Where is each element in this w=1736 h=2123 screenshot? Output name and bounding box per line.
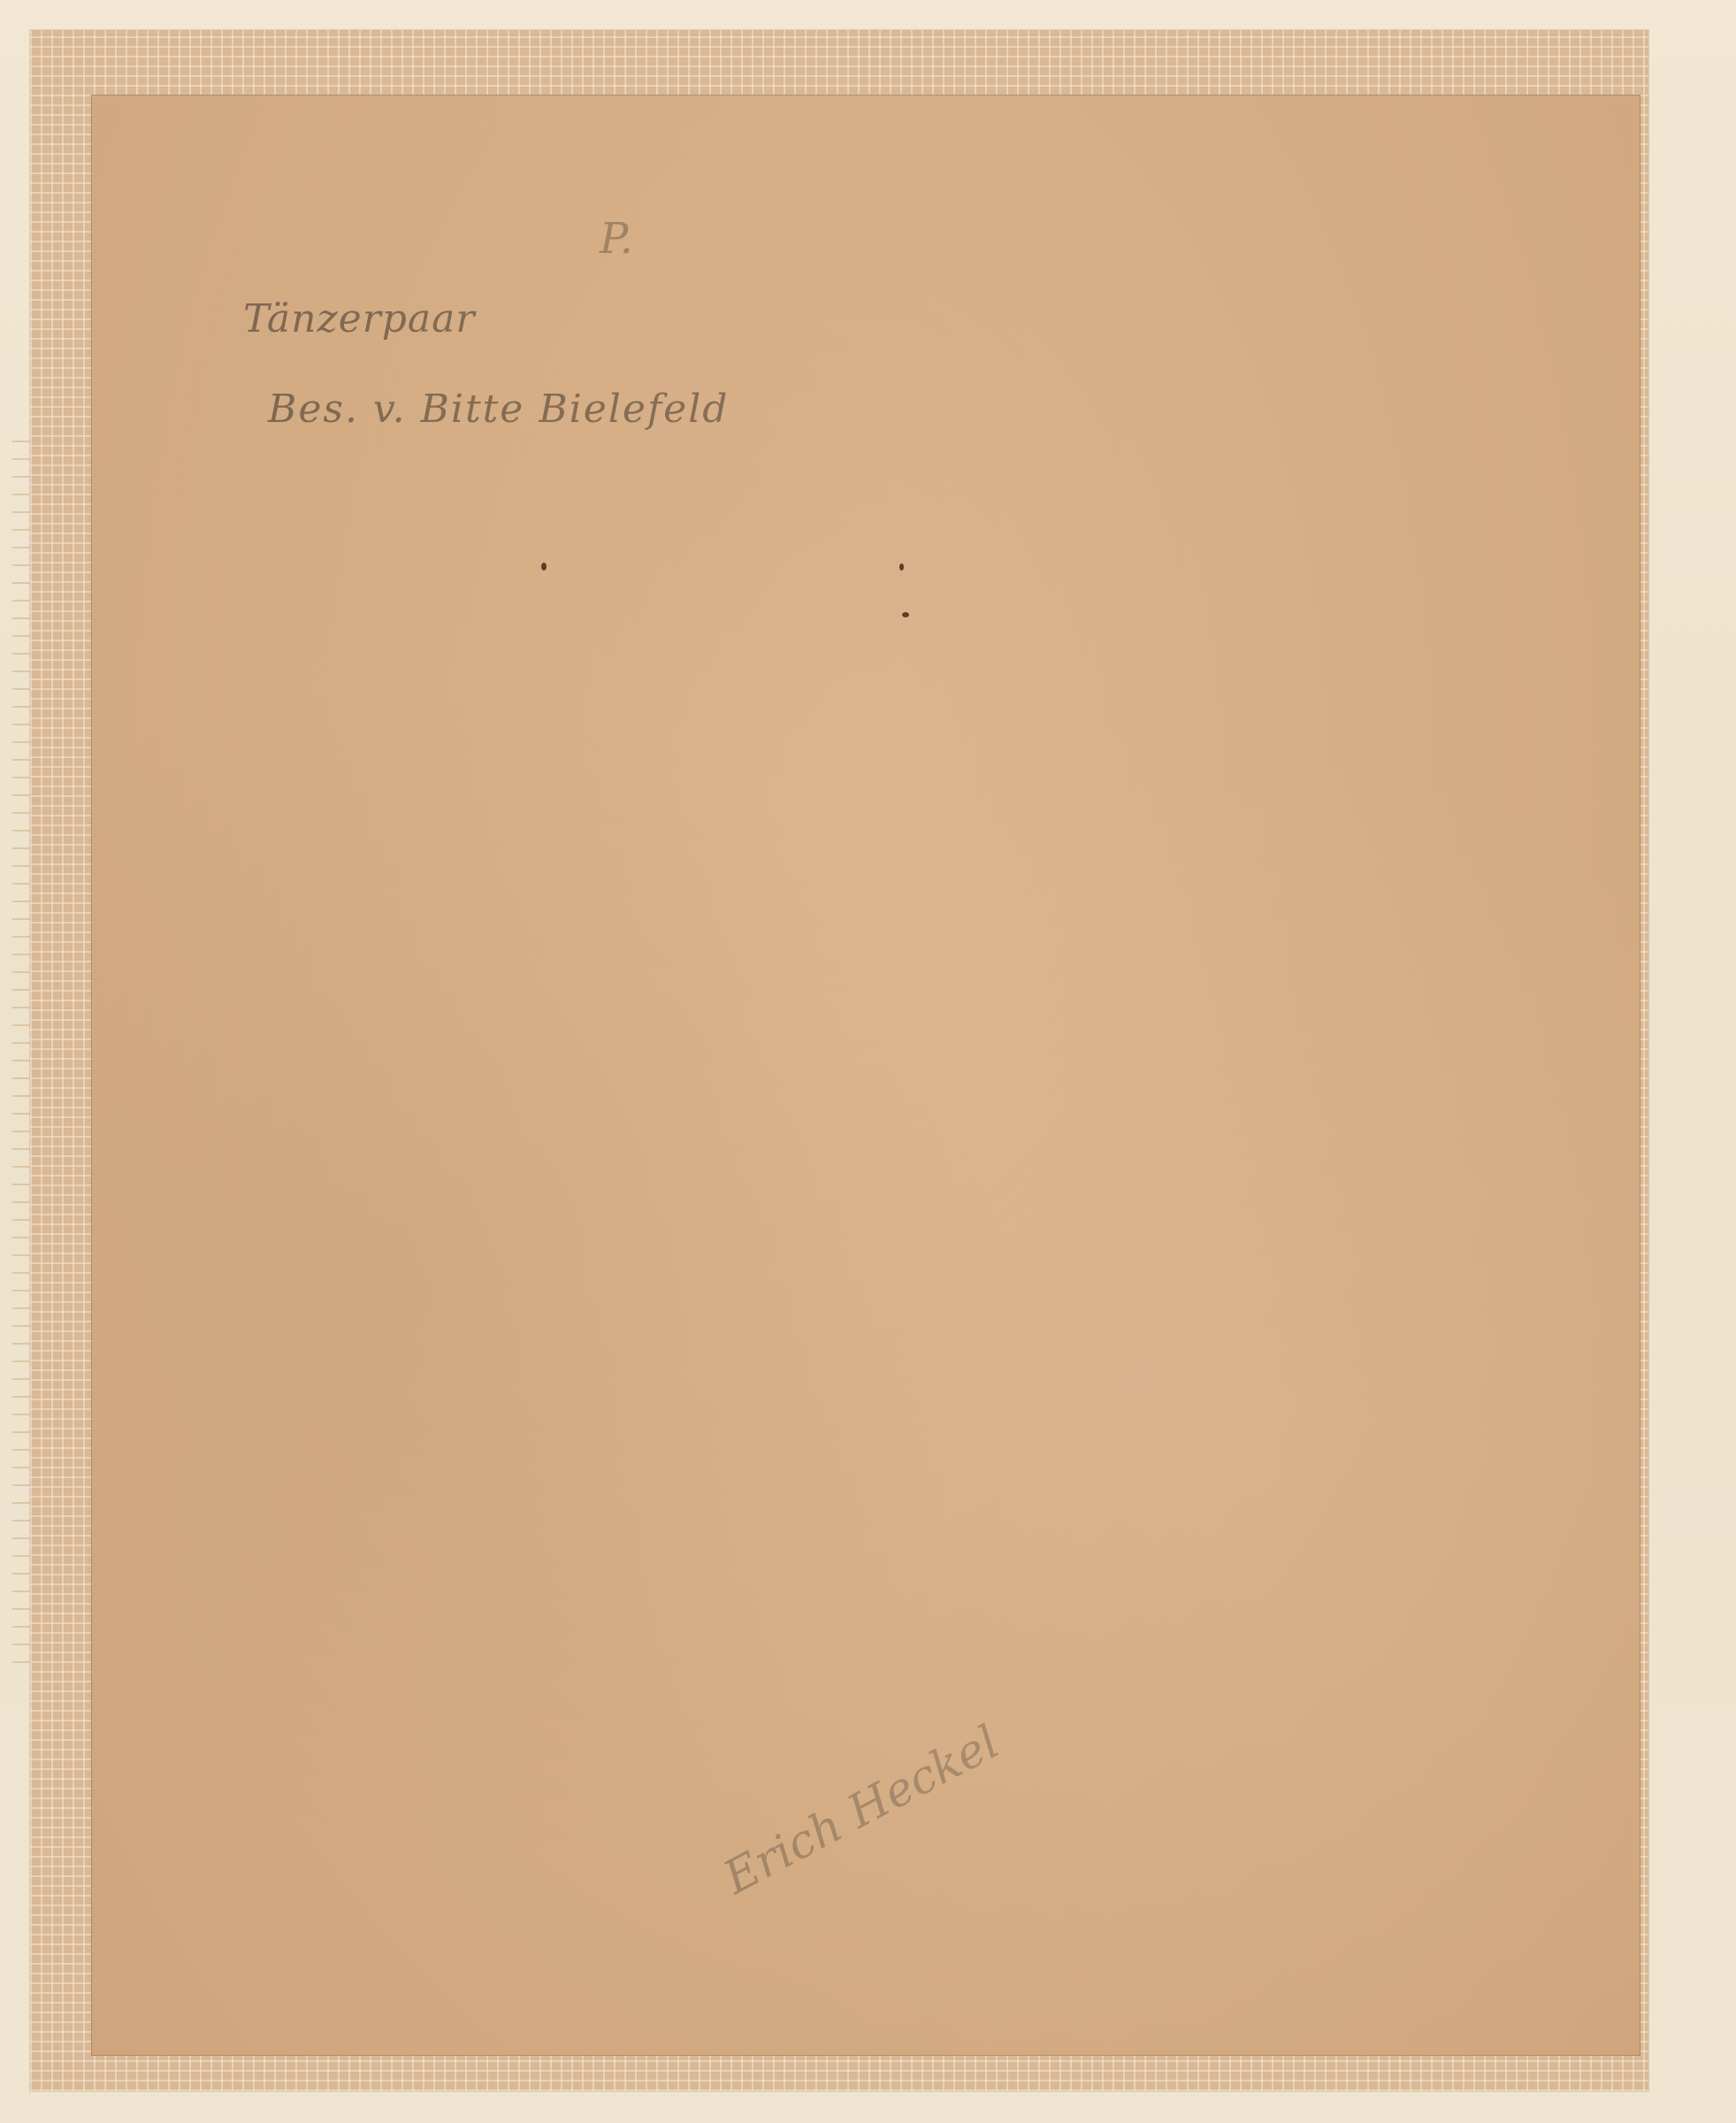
paper-speck xyxy=(541,563,547,571)
pencil-title-inscription: Tänzerpaar xyxy=(243,296,475,341)
pencil-mark-top: P. xyxy=(600,214,633,264)
paper-speck xyxy=(902,612,909,617)
paper-speck xyxy=(899,563,904,571)
pencil-provenance-inscription: Bes. v. Bitte Bielefeld xyxy=(268,387,729,432)
pencil-signature: Erich Heckel xyxy=(715,1716,1008,1905)
mount-board: P. Tänzerpaar Bes. v. Bitte Bielefeld Er… xyxy=(0,0,1736,2123)
kraft-paper-sheet: P. Tänzerpaar Bes. v. Bitte Bielefeld Er… xyxy=(91,95,1640,2056)
